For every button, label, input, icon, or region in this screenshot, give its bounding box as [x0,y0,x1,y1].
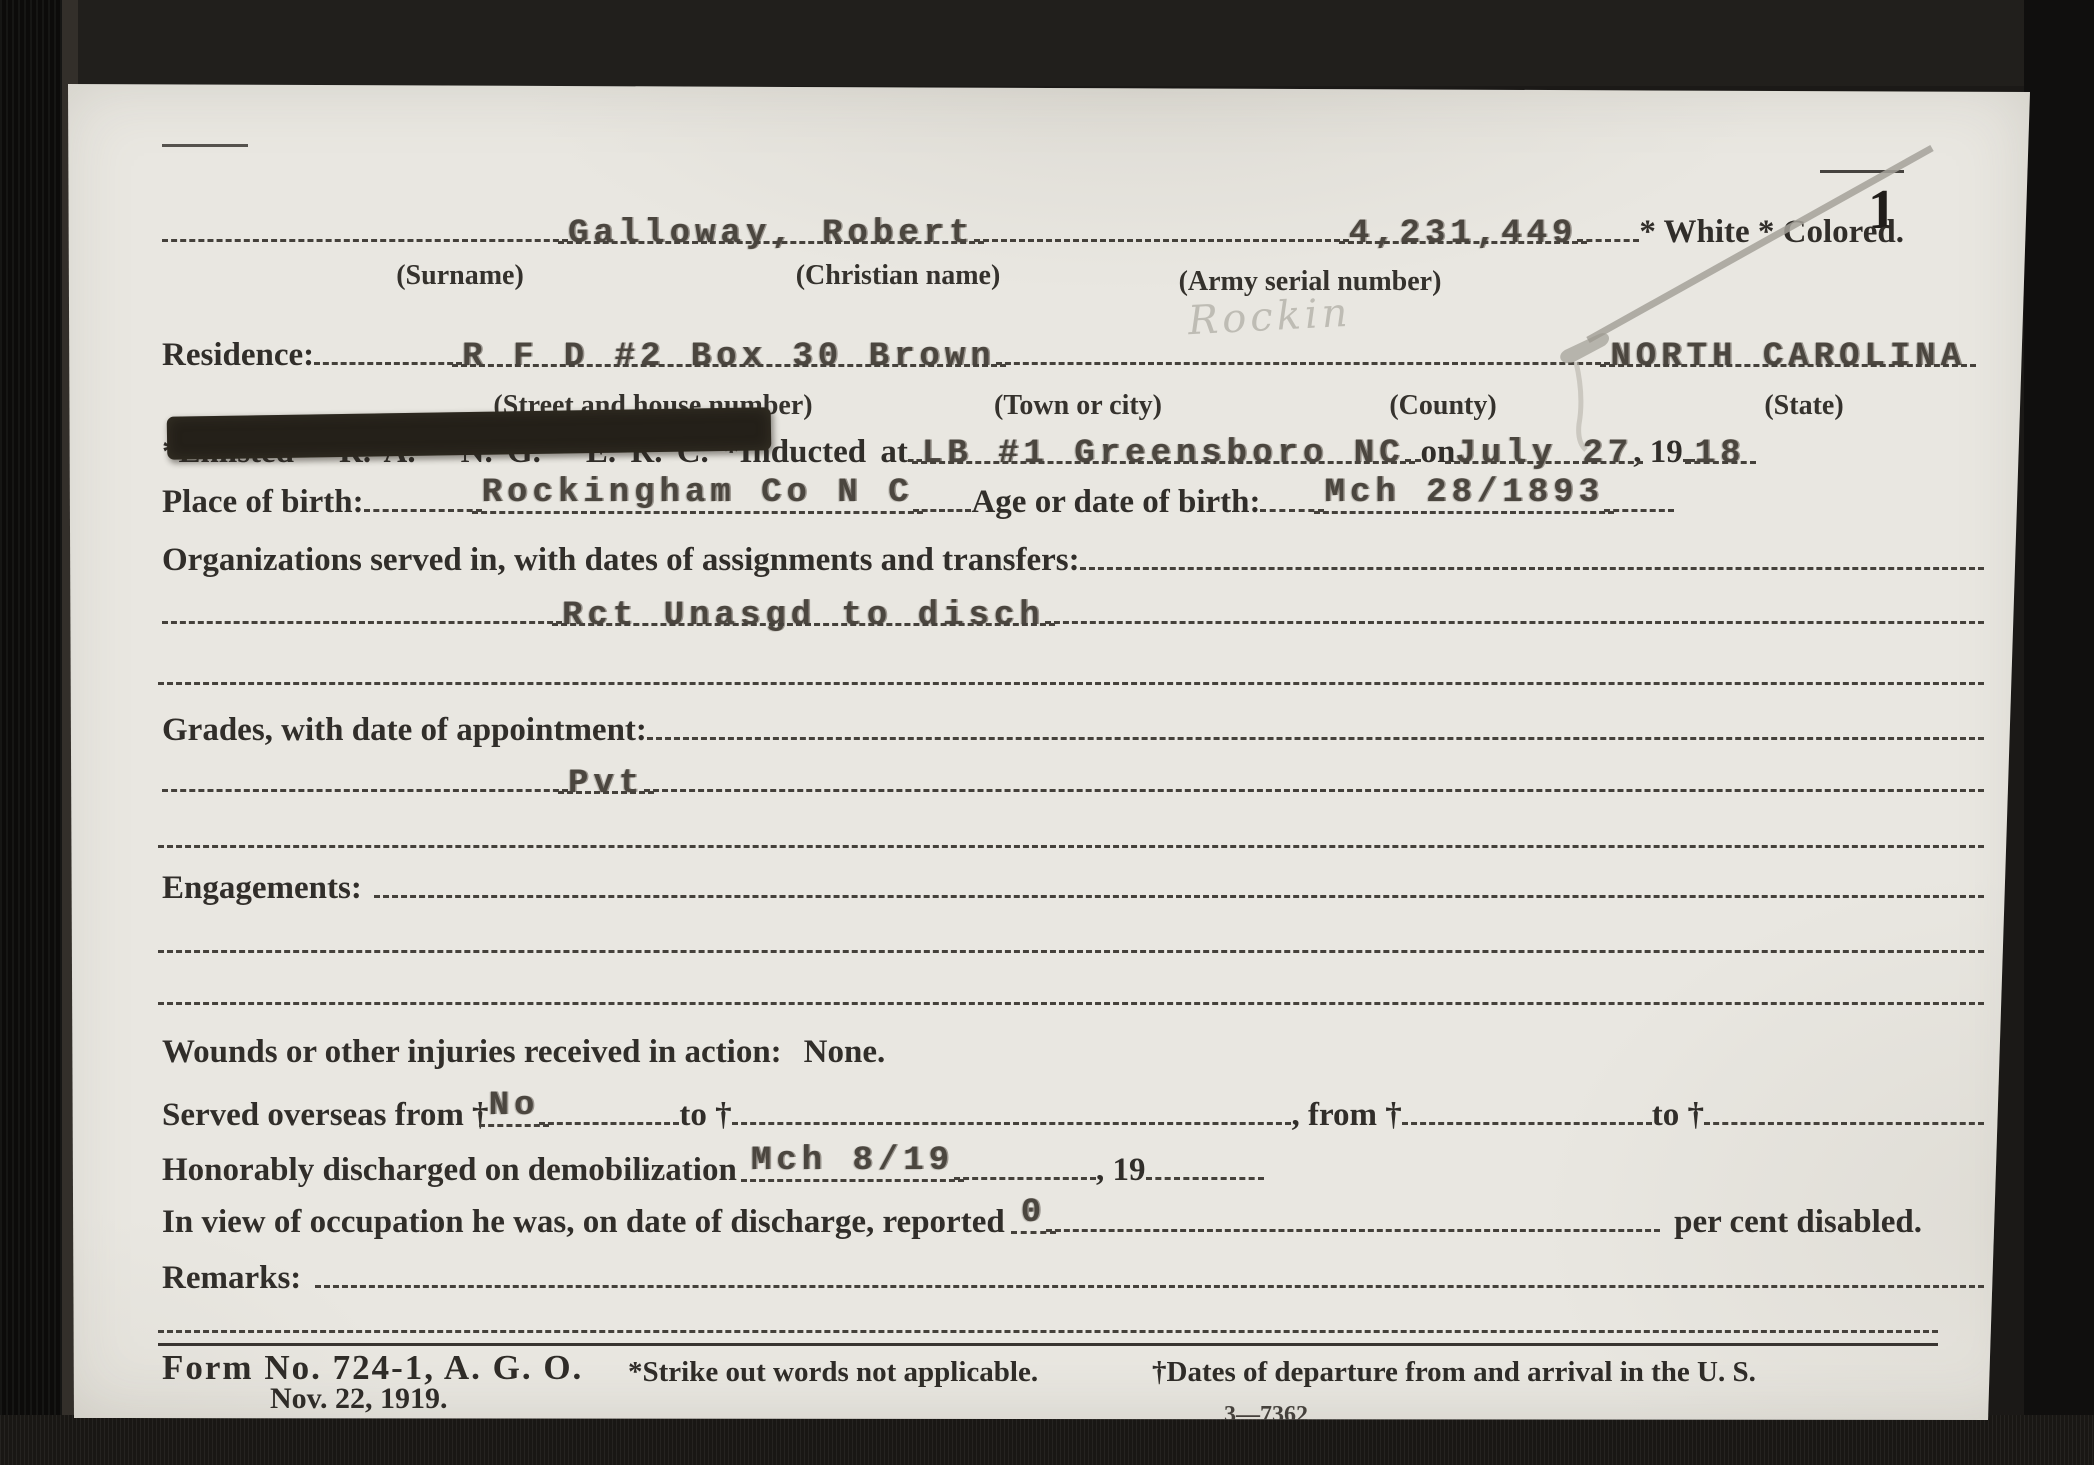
dashed-line [1080,561,1984,570]
christian-name-label: (Christian name) [796,260,1001,292]
grade-value: Pvt [568,767,644,801]
blank-dashed-line [158,845,1984,848]
dashed-line [1704,1116,1984,1125]
organizations-label: Organizations served in, with dates of a… [162,542,1080,578]
remarks-label: Remarks: [162,1260,301,1296]
overseas-row: Served overseas from † No to † , from † … [162,1097,1984,1134]
dates-note: †Dates of departure from and arrival in … [1152,1356,1756,1389]
state-label: (State) [1764,390,1843,422]
army-serial-value: 4,231,449 [1349,217,1578,251]
place-of-birth-value: Rockingham Co N C [482,476,914,510]
service-record-card: 1 Galloway, Robert 4,231,449 * White * C… [60,82,2030,1420]
birth-row: Place of birth: Rockingham Co N C Age or… [162,484,1984,521]
film-edge-right [2024,0,2094,1465]
dashed-line [1046,1223,1660,1232]
dashed-line [1402,1116,1652,1125]
overseas-from1-value: No [489,1089,540,1123]
engagements-label: Engagements: [162,870,362,906]
page-number-overline [1820,170,1904,173]
dashed-line [314,356,462,365]
dashed-line [1146,1171,1264,1180]
dashed-line [374,889,1984,898]
discharge-row: Honorably discharged on demobilization M… [162,1152,1984,1189]
remarks-row: Remarks: [162,1260,1984,1296]
dashed-line [644,783,1984,792]
age-value: Mch 28/1893 [1324,476,1603,510]
disability-row: In view of occupation he was, on date of… [162,1204,1922,1241]
dashed-line [162,615,562,624]
film-edge-bottom [0,1415,2094,1465]
blank-dashed-line [158,682,1984,685]
blank-dashed-line [158,1002,1984,1005]
dashed-line [996,356,1611,365]
strike-note: *Strike out words not applicable. [628,1356,1038,1389]
discharge-year-prefix: , 19 [1096,1152,1146,1188]
overseas-from1-label: Served overseas from † [162,1097,489,1133]
county-label: (County) [1389,390,1496,422]
footer-rule [158,1343,1938,1346]
microfilm-scan: 1 Galloway, Robert 4,231,449 * White * C… [0,0,2094,1465]
film-edge-left [0,0,62,1465]
disability-label: In view of occupation he was, on date of… [162,1204,1005,1240]
residence-label: Residence: [162,337,314,373]
organizations-value: Rct Unasgd to disch [562,599,1045,633]
induction-year-value: 18 [1695,437,1746,471]
wounds-row: Wounds or other injuries received in act… [162,1034,1984,1070]
surname-christian-value: Galloway, Robert [568,217,974,251]
blank-dashed-line [158,950,1984,953]
dashed-line [1045,615,1984,624]
race-options: * White * Colored. [1639,214,1904,250]
discharge-date-value: Mch 8/19 [751,1144,954,1178]
wounds-label: Wounds or other injuries received in act… [162,1034,782,1070]
grades-label: Grades, with date of appointment: [162,712,647,748]
dashed-line [974,233,1348,242]
dashed-line [539,1116,679,1125]
place-of-birth-label: Place of birth: [162,484,364,520]
dashed-line [162,783,568,792]
organizations-value-row: Rct Unasgd to disch [162,599,1984,633]
dashed-line [364,503,482,512]
on-label: on [1421,434,1456,470]
engagements-row: Engagements: [162,870,1984,906]
town-label: (Town or city) [994,390,1162,422]
discharge-label: Honorably discharged on demobilization [162,1152,737,1188]
dashed-line [1604,503,1674,512]
residence-address-value: R F D #2 Box 30 Brown [462,340,995,374]
blank-dashed-line [158,1330,1938,1333]
top-left-mark [162,144,248,147]
wounds-value: None. [804,1034,886,1070]
grades-row: Grades, with date of appointment: [162,712,1984,748]
surname-label: (Surname) [396,260,524,292]
dashed-line [162,233,568,242]
overseas-to2-label: to † [1652,1097,1704,1133]
grades-value-row: Pvt [162,767,1984,801]
disability-suffix: per cent disabled. [1674,1204,1922,1240]
dashed-line [732,1116,1292,1125]
age-label: Age or date of birth: [971,484,1260,520]
film-edge-top [78,0,2038,86]
residence-row: Residence: R F D #2 Box 30 Brown NORTH C… [162,337,1984,374]
overseas-from2-label: , from † [1291,1097,1401,1133]
dashed-line [315,1279,1984,1288]
residence-state-value: NORTH CAROLINA [1610,340,1966,374]
organizations-row: Organizations served in, with dates of a… [162,542,1984,578]
disability-value: 0 [1021,1196,1046,1230]
form-date: Nov. 22, 1919. [270,1382,448,1416]
overseas-to1-label: to † [679,1097,731,1133]
year-prefix: , 19 [1633,434,1683,470]
inducted-place-value: LB #1 Greensboro NC [922,437,1405,471]
inducted-date-value: July 27 [1455,437,1633,471]
dashed-line [647,731,1984,740]
dashed-line [954,1171,1096,1180]
name-row: Galloway, Robert 4,231,449 * White * Col… [162,214,1984,251]
